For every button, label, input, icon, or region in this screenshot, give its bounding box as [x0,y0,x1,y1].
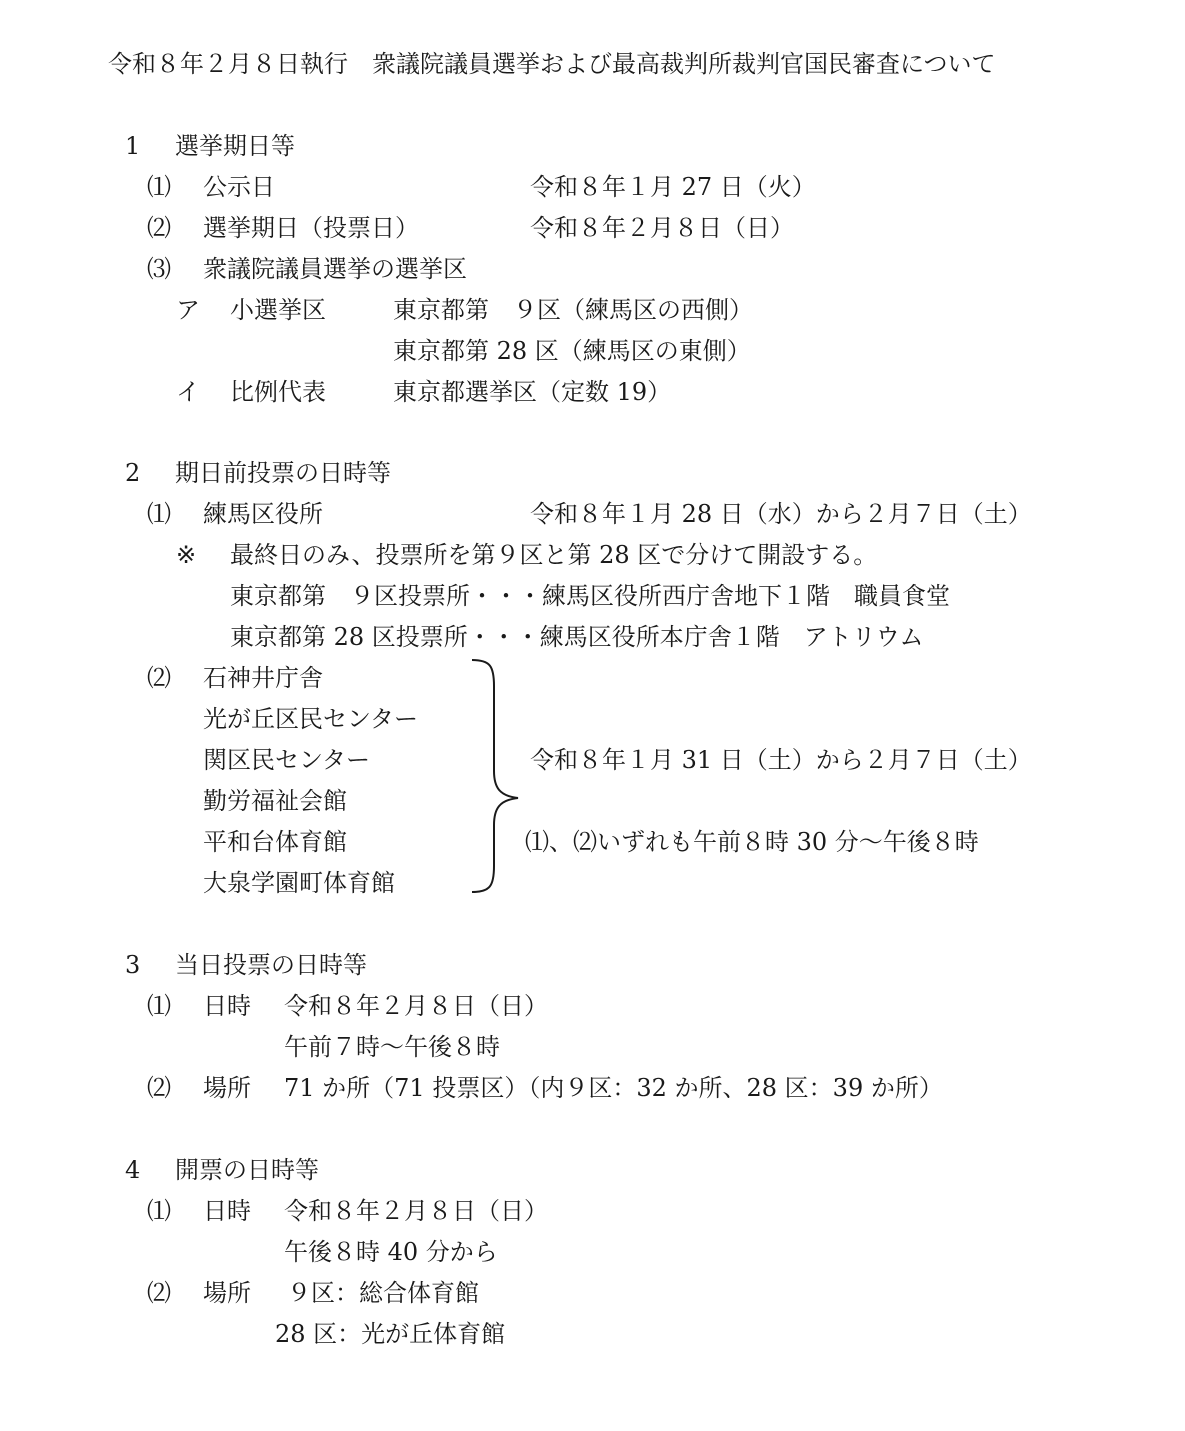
location: 石神井庁舎 [203,663,323,693]
item-number: ⑴ [147,991,171,1021]
item-label: 日時 [203,991,251,1021]
sub-mark: イ [176,377,200,407]
section-heading: 開票の日時等 [175,1155,319,1185]
item-label: 日時 [203,1196,251,1226]
note-text: 最終日のみ、投票所を第９区と第 28 区で分けて開設する。 [230,540,877,570]
item-value: 令和８年２月８日（日） [530,213,794,243]
item-value: 令和８年１月 28 日（水）から２月７日（土） [530,499,1032,529]
location: 関区民センター [203,745,370,775]
section-heading: 期日前投票の日時等 [175,458,391,488]
item-label: 練馬区役所 [203,499,323,529]
item-number: ⑶ [147,254,171,284]
note-line: 東京都第 28 区投票所・・・練馬区役所本庁舎１階 アトリウム [230,622,924,652]
section-number: 3 [125,950,140,980]
sub-value: 東京都選挙区（定数 19） [393,377,671,407]
item-value: 28 区：光が丘体育館 [275,1319,505,1349]
right-brace-icon [466,656,526,896]
section-number: 2 [125,458,140,488]
location: 勤労福祉会館 [203,786,347,816]
sub-value: 東京都第 ９区（練馬区の西側） [393,295,753,325]
sub-value: 東京都第 28 区（練馬区の東側） [393,336,751,366]
document-title: 令和８年２月８日執行 衆議院議員選挙および最高裁判所裁判官国民審査について [108,49,996,79]
hours-text: ⑴、⑵いずれも午前８時 30 分～午後８時 [525,827,979,857]
sub-mark: ア [176,295,200,325]
section-number: 4 [125,1155,140,1185]
item-value: 令和８年１月 31 日（土）から２月７日（土） [530,745,1032,775]
item-number: ⑴ [147,499,171,529]
section-heading: 選挙期日等 [175,131,295,161]
note-mark: ※ [176,540,196,570]
item-label: 衆議院議員選挙の選挙区 [203,254,467,284]
item-value: 令和８年１月 27 日（火） [530,172,816,202]
sub-label: 比例代表 [230,377,326,407]
item-value: 午前７時～午後８時 [284,1032,500,1062]
location: 平和台体育館 [203,827,347,857]
item-value: 令和８年２月８日（日） [284,991,548,1021]
item-value: ９区：総合体育館 [287,1278,479,1308]
item-label: 場所 [203,1073,251,1103]
item-number: ⑴ [147,172,171,202]
location: 大泉学園町体育館 [203,868,395,898]
item-number: ⑵ [147,1278,171,1308]
item-label: 公示日 [203,172,275,202]
item-value: 午後８時 40 分から [284,1237,498,1267]
location: 光が丘区民センター [203,704,418,734]
item-value: 令和８年２月８日（日） [284,1196,548,1226]
sub-label: 小選挙区 [230,295,326,325]
section-number: 1 [125,131,140,161]
item-number: ⑵ [147,663,171,693]
section-heading: 当日投票の日時等 [175,950,367,980]
item-label: 選挙期日（投票日） [203,213,419,243]
item-number: ⑴ [147,1196,171,1226]
item-value: 71 か所（71 投票区）（内９区：32 か所、28 区：39 か所） [284,1073,943,1103]
item-number: ⑵ [147,1073,171,1103]
item-number: ⑵ [147,213,171,243]
item-label: 場所 [203,1278,251,1308]
note-line: 東京都第 ９区投票所・・・練馬区役所西庁舎地下１階 職員食堂 [230,581,950,611]
